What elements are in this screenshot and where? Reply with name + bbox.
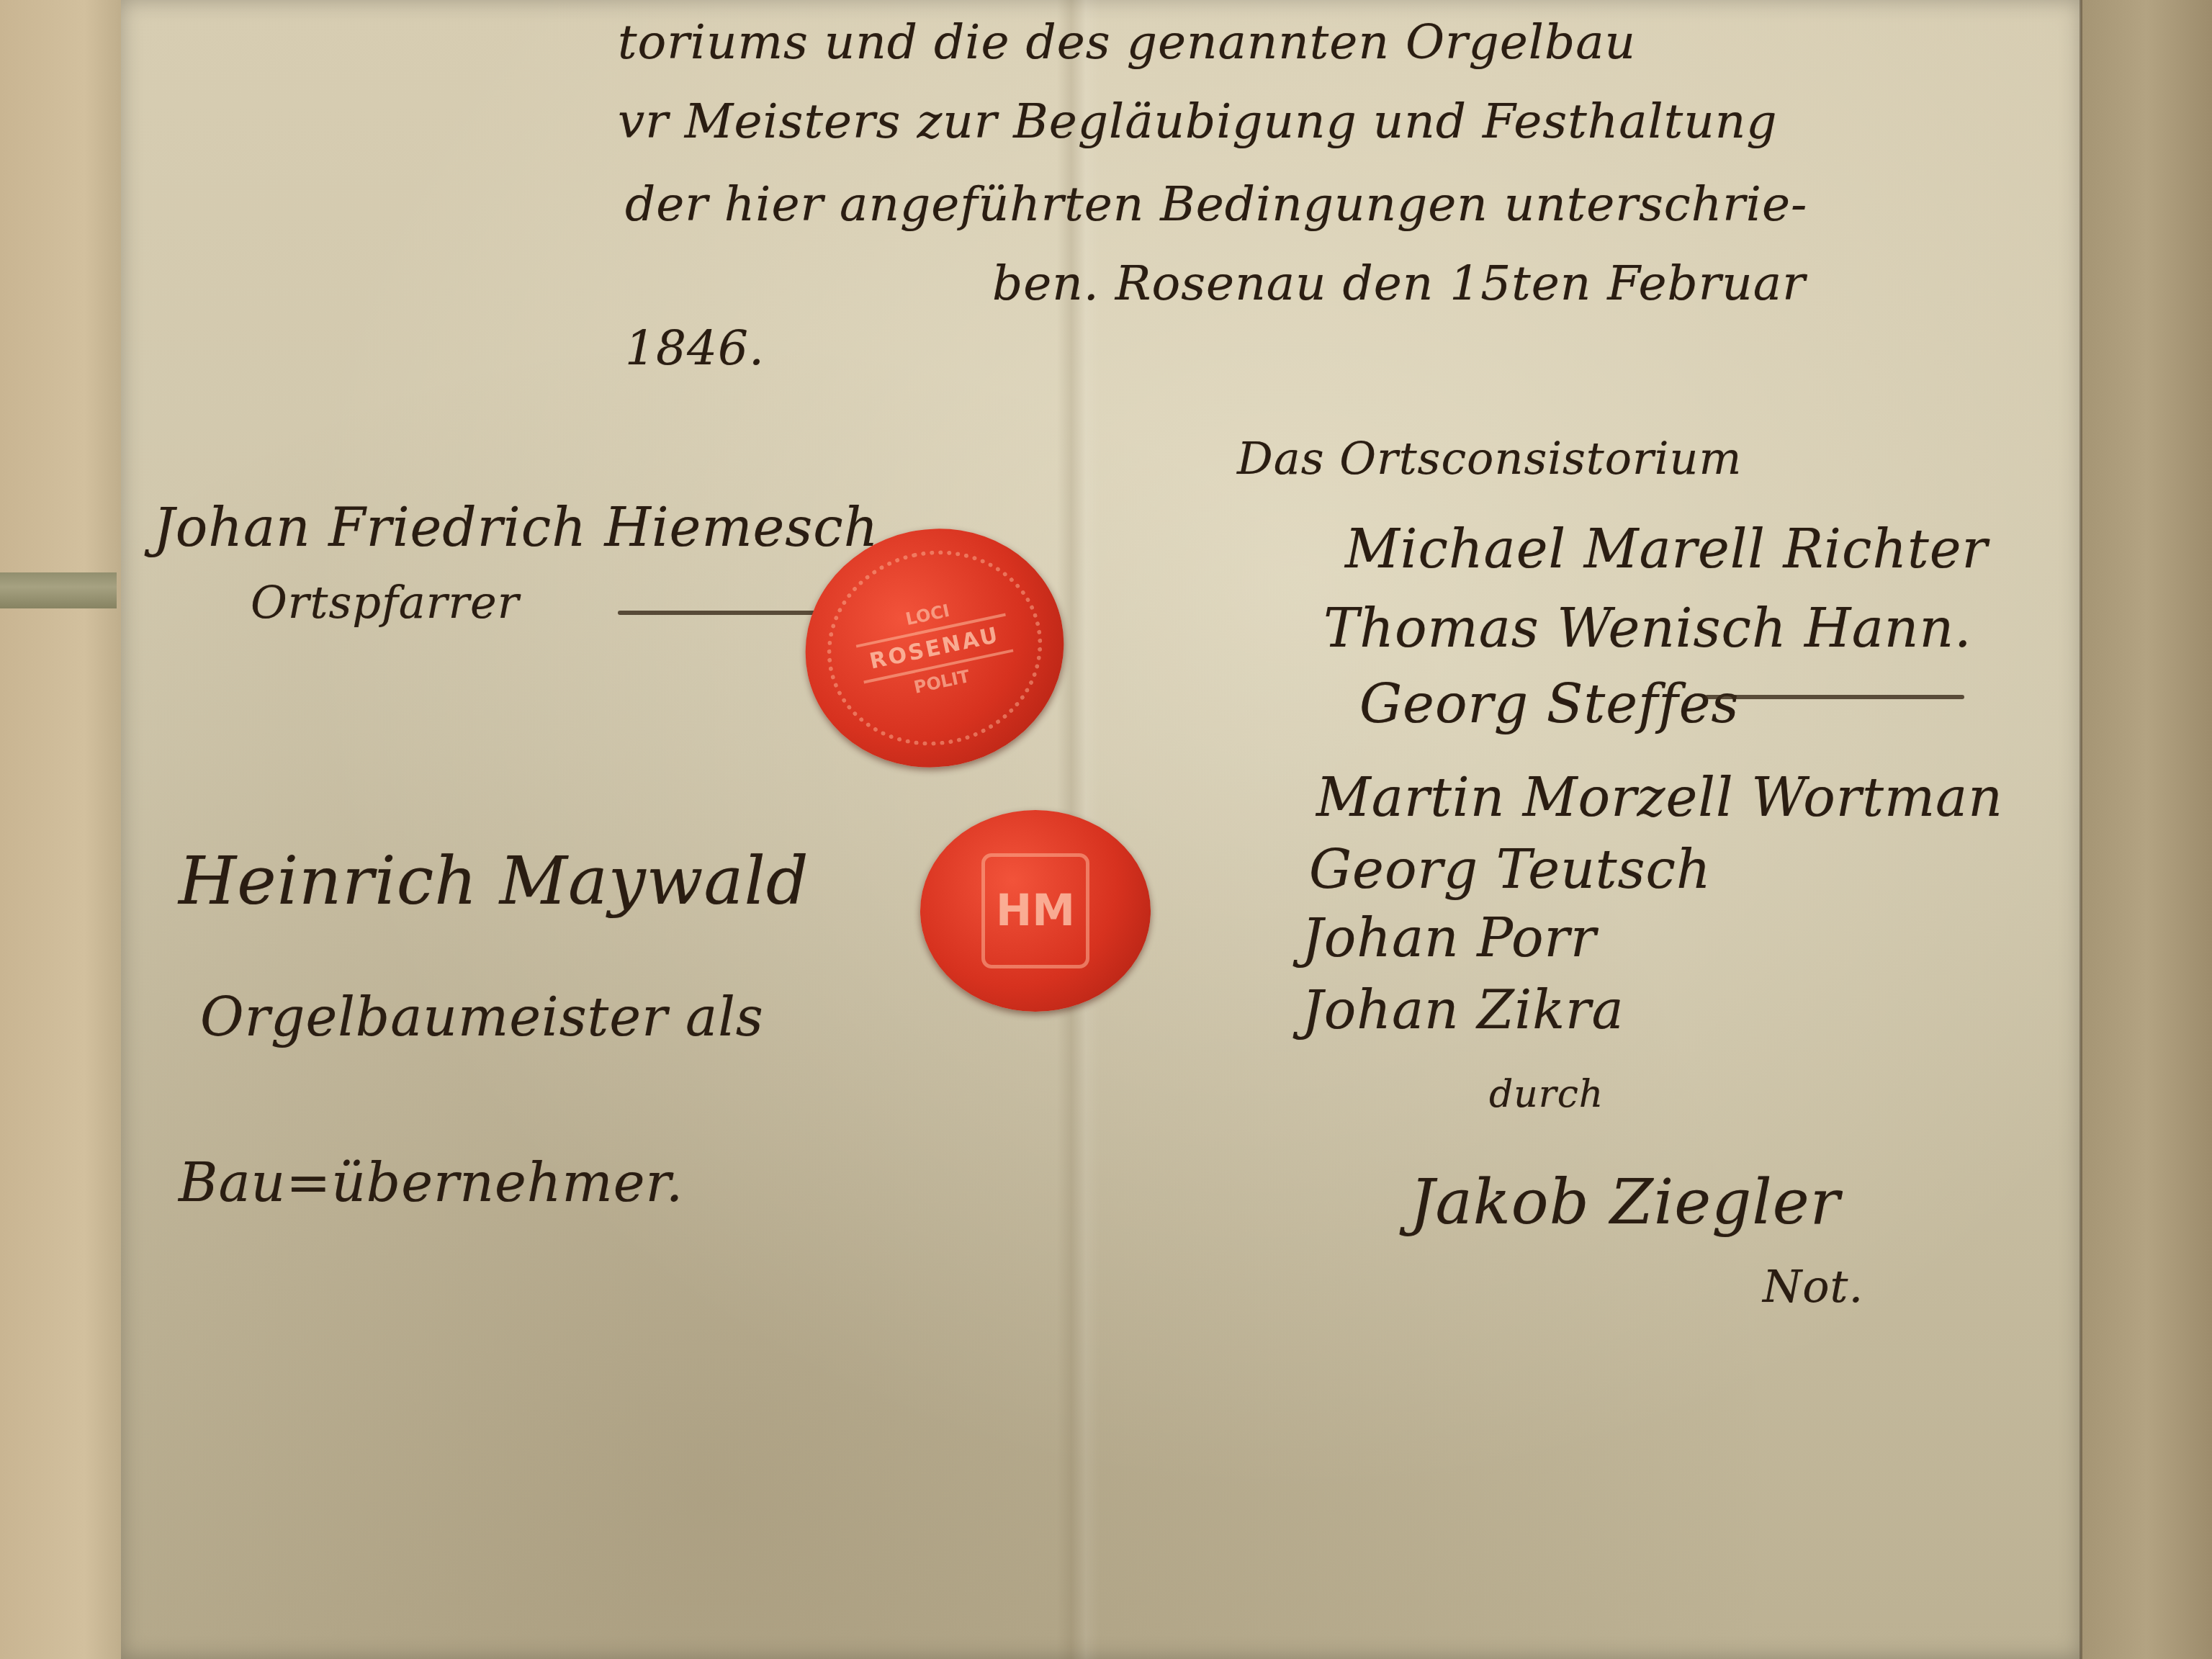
body-line-5-year: 1846. xyxy=(625,320,765,376)
notary-title: Not. xyxy=(1763,1260,1863,1313)
signature-pastor-name: Johan Friedrich Hiemesch xyxy=(153,497,878,559)
body-line-1: toriums und die des genannten Orgelbau xyxy=(618,14,1636,70)
member-3: Georg Steffes xyxy=(1359,673,1740,735)
body-line-4: ben. Rosenau den 15ten Februar xyxy=(992,256,1806,311)
underlying-strip xyxy=(0,572,117,608)
document-page: toriums und die des genannten Orgelbau v… xyxy=(121,0,2081,1659)
underlying-sheet-left xyxy=(0,0,121,1659)
member-6: Johan Porr xyxy=(1302,907,1596,969)
signature-pastor-title: Ortspfarrer xyxy=(251,576,519,629)
notary-signature: Jakob Ziegler xyxy=(1410,1166,1840,1238)
margin-rule xyxy=(2080,0,2082,1659)
signature-organbuilder-title-1: Orgelbaumeister als xyxy=(200,986,764,1048)
member-4: Martin Morzell Wortman xyxy=(1316,767,2003,829)
signature-organbuilder-name: Heinrich Maywald xyxy=(179,842,809,920)
member-3-flourish xyxy=(1705,695,1964,699)
member-1: Michael Marell Richter xyxy=(1345,518,1988,580)
signature-organbuilder-title-2: Bau=übernehmer. xyxy=(179,1152,683,1214)
seal-monogram: HM xyxy=(981,853,1089,968)
member-7: Johan Zikra xyxy=(1302,979,1624,1041)
pastor-flourish xyxy=(618,611,834,615)
member-5: Georg Teutsch xyxy=(1309,839,1712,901)
closing-durch: durch xyxy=(1489,1073,1604,1116)
consistorium-heading: Das Ortsconsistorium xyxy=(1237,432,1742,485)
underlying-sheet-right xyxy=(2081,0,2212,1659)
wax-seal-monogram: HM xyxy=(920,810,1151,1012)
member-2: Thomas Wenisch Hann. xyxy=(1323,598,1972,660)
body-line-2: vr Meisters zur Begläubigung und Festhal… xyxy=(618,94,1777,149)
body-line-3: der hier angeführten Bedingungen untersc… xyxy=(625,176,1807,232)
